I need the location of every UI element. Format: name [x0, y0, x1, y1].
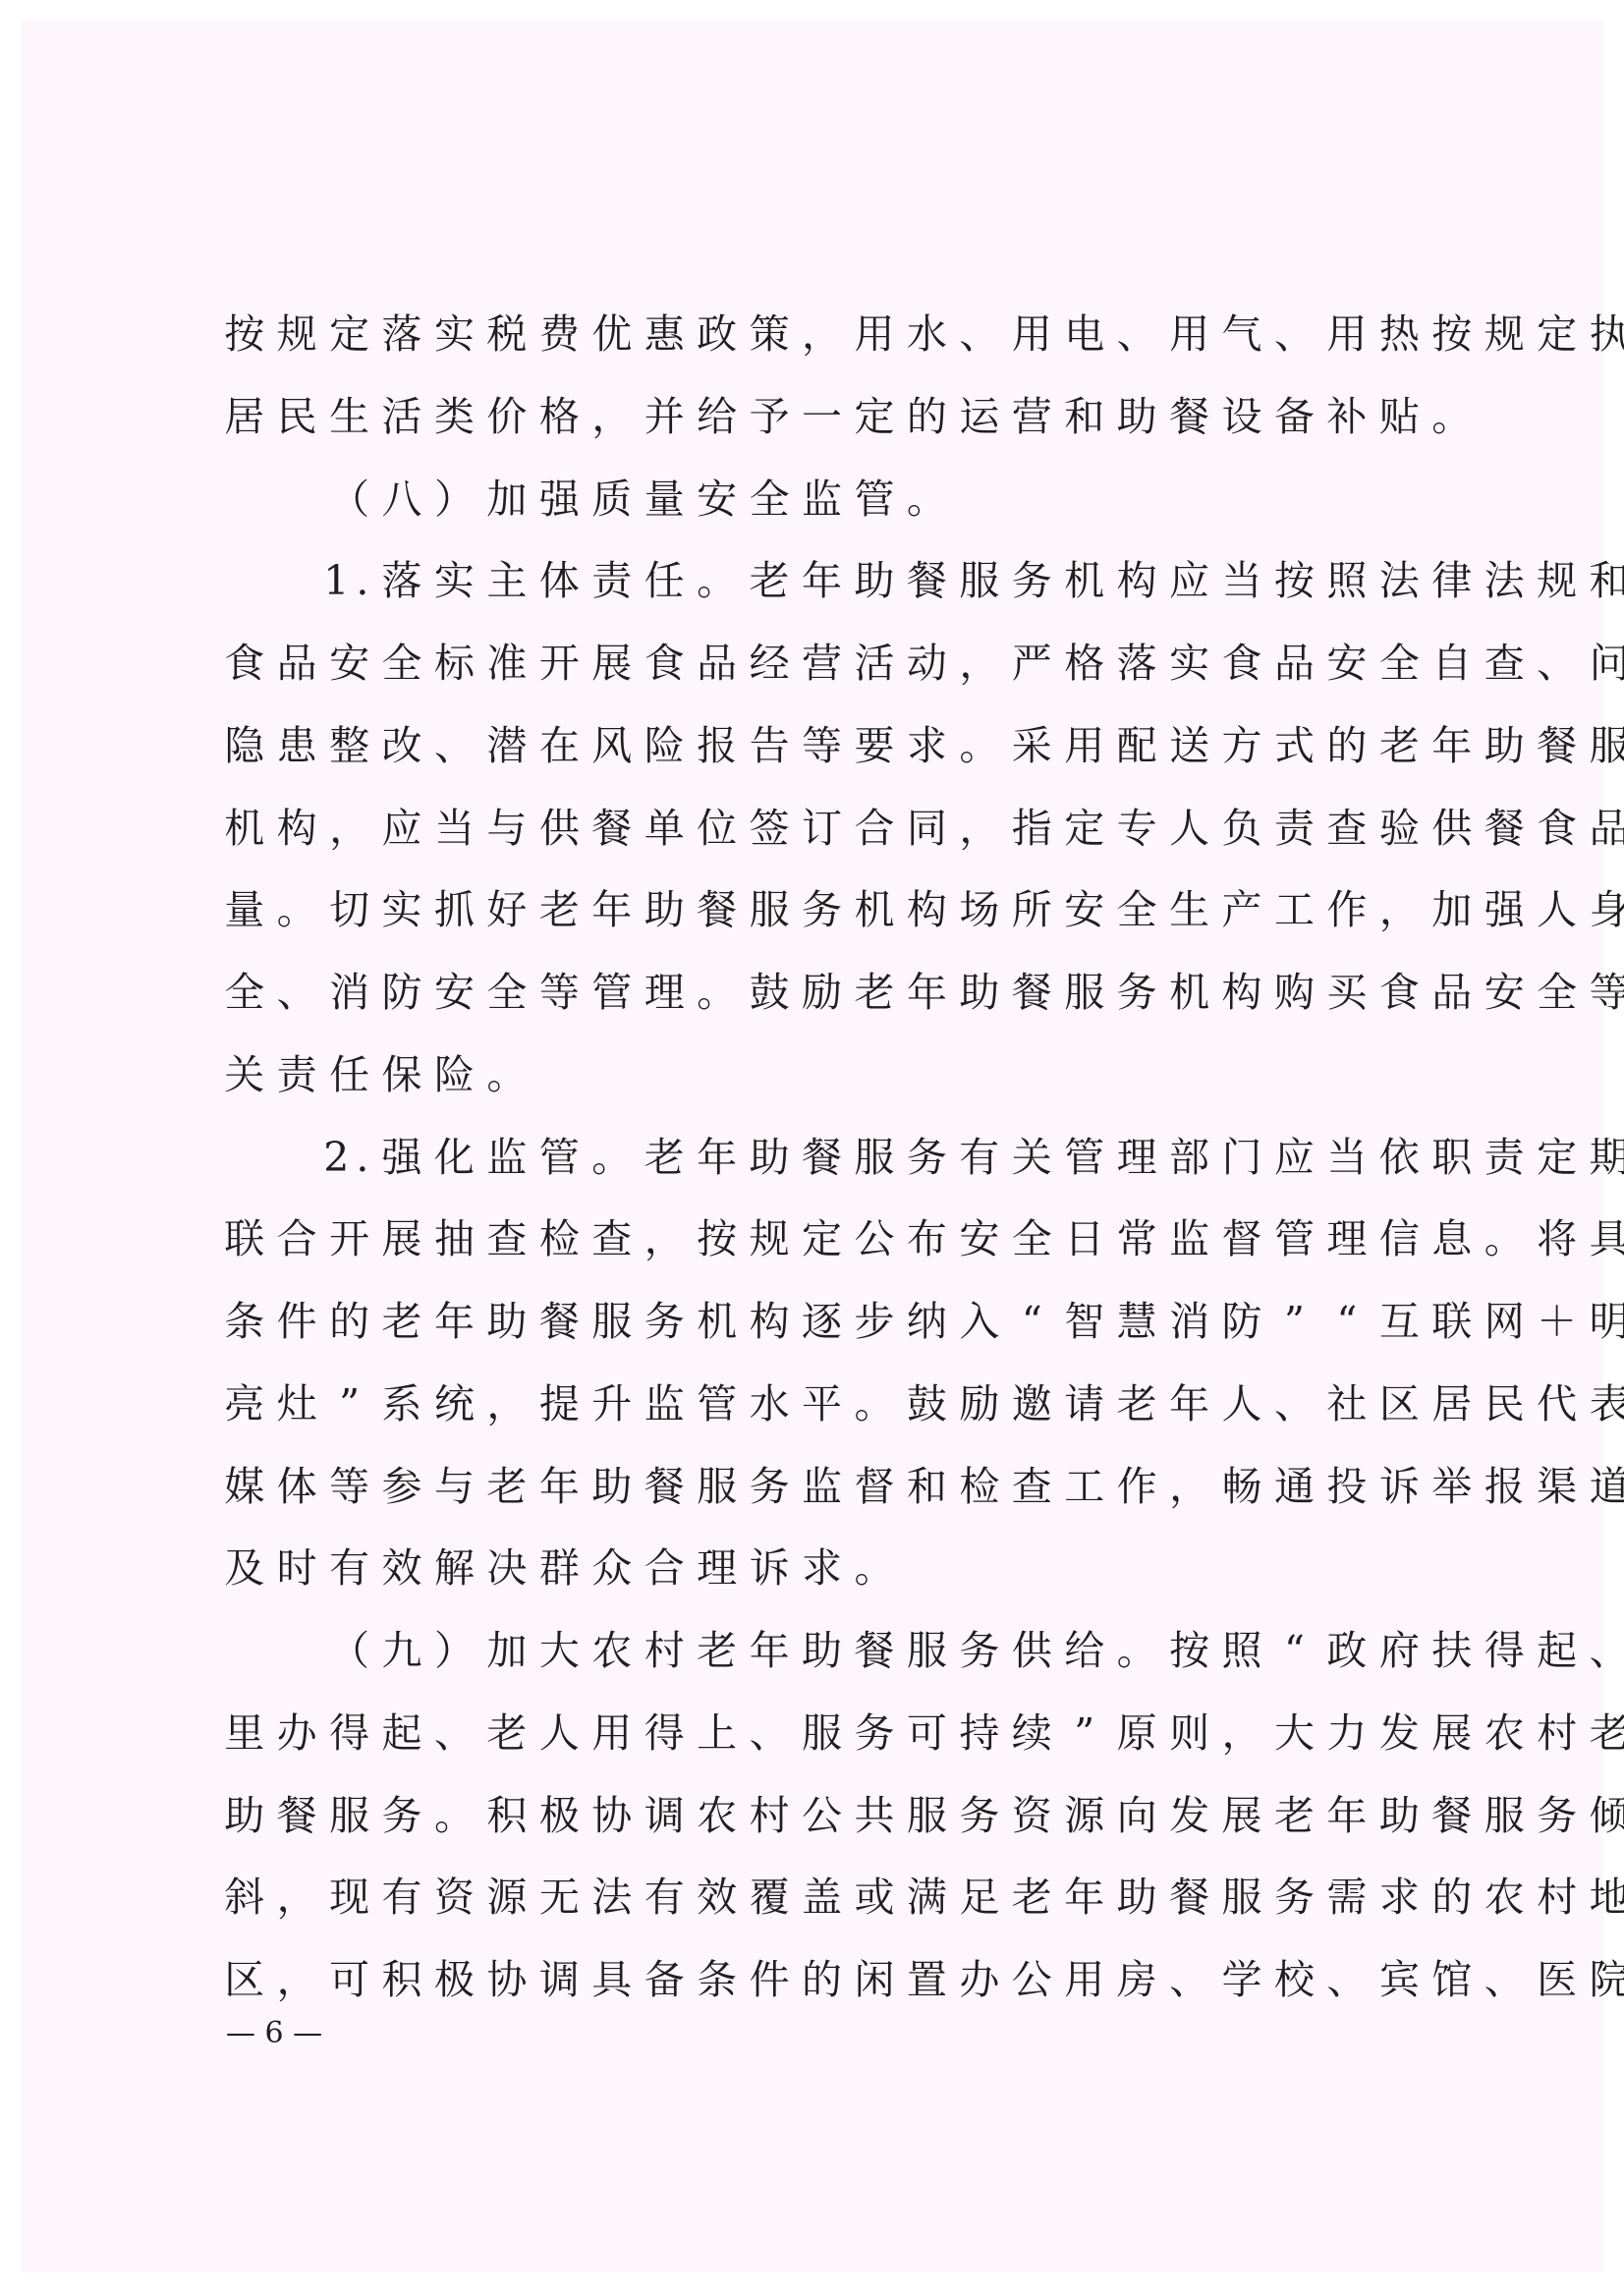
text-line: 亮灶”系统，提升监管水平。鼓励邀请老年人、社区居民代表、	[218, 1363, 1624, 1445]
text-line: 量。切实抓好老年助餐服务机构场所安全生产工作，加强人身安	[218, 868, 1624, 951]
text-line: 区，可积极协调具备条件的闲置办公用房、学校、宾馆、医院、	[218, 1938, 1624, 2021]
text-line: 按规定落实税费优惠政策，用水、用电、用气、用热按规定执行	[218, 293, 1624, 375]
text-line: 里办得起、老人用得上、服务可持续”原则，大力发展农村老年	[218, 1692, 1624, 1774]
text-line: 及时有效解决群众合理诉求。	[218, 1527, 901, 1609]
document-page: 按规定落实税费优惠政策，用水、用电、用气、用热按规定执行居民生活类价格，并给予一…	[22, 20, 1603, 2272]
text-line: （九）加大农村老年助餐服务供给。按照“政府扶得起、村	[323, 1609, 1624, 1692]
text-line: 关责任保险。	[218, 1034, 533, 1116]
text-line: 2.强化监管。老年助餐服务有关管理部门应当依职责定期	[323, 1116, 1624, 1199]
text-line: 1.落实主体责任。老年助餐服务机构应当按照法律法规和	[323, 539, 1624, 622]
text-line: 隐患整改、潜在风险报告等要求。采用配送方式的老年助餐服务	[218, 704, 1624, 787]
text-line: 斜，现有资源无法有效覆盖或满足老年助餐服务需求的农村地	[218, 1856, 1624, 1938]
text-line: 机构，应当与供餐单位签订合同，指定专人负责查验供餐食品质	[218, 787, 1624, 869]
text-line: 全、消防安全等管理。鼓励老年助餐服务机构购买食品安全等相	[218, 951, 1624, 1034]
text-line: 助餐服务。积极协调农村公共服务资源向发展老年助餐服务倾	[218, 1774, 1624, 1857]
text-line: 居民生活类价格，并给予一定的运营和助餐设备补贴。	[218, 375, 1479, 458]
text-line: 食品安全标准开展食品经营活动，严格落实食品安全自查、问题	[218, 622, 1624, 704]
text-line: 联合开展抽查检查，按规定公布安全日常监督管理信息。将具备	[218, 1198, 1624, 1280]
text-line: 条件的老年助餐服务机构逐步纳入“智慧消防”“互联网＋明厨	[218, 1280, 1624, 1363]
page-number-footer: — 6 —	[226, 2014, 322, 2053]
text-line: 媒体等参与老年助餐服务监督和检查工作，畅通投诉举报渠道，	[218, 1445, 1624, 1528]
text-line: （八）加强质量安全监管。	[323, 458, 953, 540]
